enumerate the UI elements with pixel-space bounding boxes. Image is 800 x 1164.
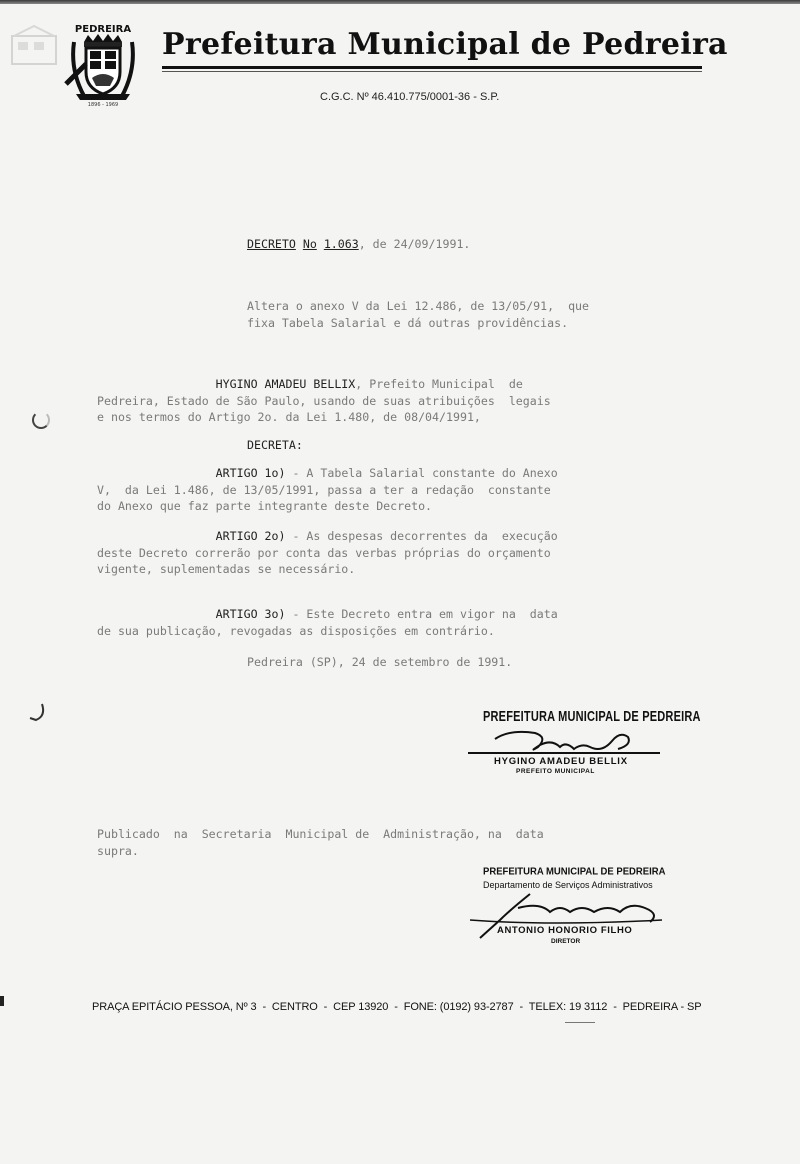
decree-heading-no: No [303,237,317,251]
decree-number: 1.063 [324,237,359,251]
svg-text:1896 - 1969: 1896 - 1969 [88,102,118,106]
scan-top-edge [0,0,800,4]
director-role: DIRETOR [551,938,580,945]
director-name: ANTONIO HONORIO FILHO [497,925,632,936]
faded-stamp-mark [4,22,66,70]
margin-scribble-mark [28,702,48,724]
title-underline [162,66,702,69]
article-3: ARTIGO 3o) - Este Decreto entra em vigor… [97,606,717,639]
summary-line: Altera o anexo V da Lei 12.486, de 13/05… [247,298,589,315]
publication-note: Publicado na Secretaria Municipal de Adm… [97,826,717,859]
coat-of-arms-icon: PEDREIRA 1896 - 1969 [62,20,144,106]
decree-heading-word: DECRETO [247,237,296,251]
article-line: de sua publicação, revogadas as disposiç… [97,623,717,640]
article-label: ARTIGO 3o) [216,607,286,621]
letterhead-title: Prefeitura Municipal de Pedreira [162,27,728,62]
preamble-line: Pedreira, Estado de São Paulo, usando de… [97,393,717,410]
logo-label: PEDREIRA [75,24,131,35]
article-line: deste Decreto correrão por conta das ver… [97,545,717,562]
preamble: HYGINO AMADEU BELLIX, Prefeito Municipal… [97,376,717,426]
decree-summary: Altera o anexo V da Lei 12.486, de 13/05… [247,298,589,331]
mayor-role: PREFEITO MUNICIPAL [516,768,595,775]
article-line: V, da Lei 1.486, de 13/05/1991, passa a … [97,482,717,499]
article-line: do Anexo que faz parte integrante deste … [97,498,717,515]
mayor-stamp-header: PREFEITURA MUNICIPAL DE PEDREIRA [483,709,701,725]
signature-line [468,752,660,754]
summary-line: fixa Tabela Salarial e dá outras providê… [247,315,589,332]
title-underline-thin [162,71,702,72]
preamble-line: e nos termos do Artigo 2o. da Lei 1.480,… [97,409,717,426]
mayor-name-stamp: HYGINO AMADEU BELLIX [494,756,628,767]
footer-address: PRAÇA EPITÁCIO PESSOA, Nº 3 - CENTRO - C… [92,1001,701,1013]
mayor-signature-icon [490,727,640,755]
article-label: ARTIGO 2o) [216,529,286,543]
publication-line: Publicado na Secretaria Municipal de Adm… [97,826,717,843]
article-1: ARTIGO 1o) - A Tabela Salarial constante… [97,465,717,515]
punch-hole-mark [32,411,50,429]
department-name: Departamento de Serviços Administrativos [483,880,653,890]
article-2: ARTIGO 2o) - As despesas decorrentes da … [97,528,717,578]
publication-line: supra. [97,843,717,860]
director-stamp-header: PREFEITURA MUNICIPAL DE PEDREIRA [483,865,665,877]
preamble-line: HYGINO AMADEU BELLIX, Prefeito Municipal… [97,376,717,393]
faint-footer-mark [565,1022,595,1023]
margin-edge-mark [0,996,4,1006]
decree-date: , de 24/09/1991. [359,237,471,251]
article-line: vigente, suplementadas se necessário. [97,561,717,578]
place-and-date: Pedreira (SP), 24 de setembro de 1991. [247,654,512,671]
decree-heading: DECRETO No 1.063, de 24/09/1991. [247,236,470,253]
article-label: ARTIGO 1o) [216,466,286,480]
decreta-label: DECRETA: [247,437,303,454]
cgc-number: C.G.C. Nº 46.410.775/0001-36 - S.P. [320,91,499,103]
mayor-name: HYGINO AMADEU BELLIX [216,377,356,391]
